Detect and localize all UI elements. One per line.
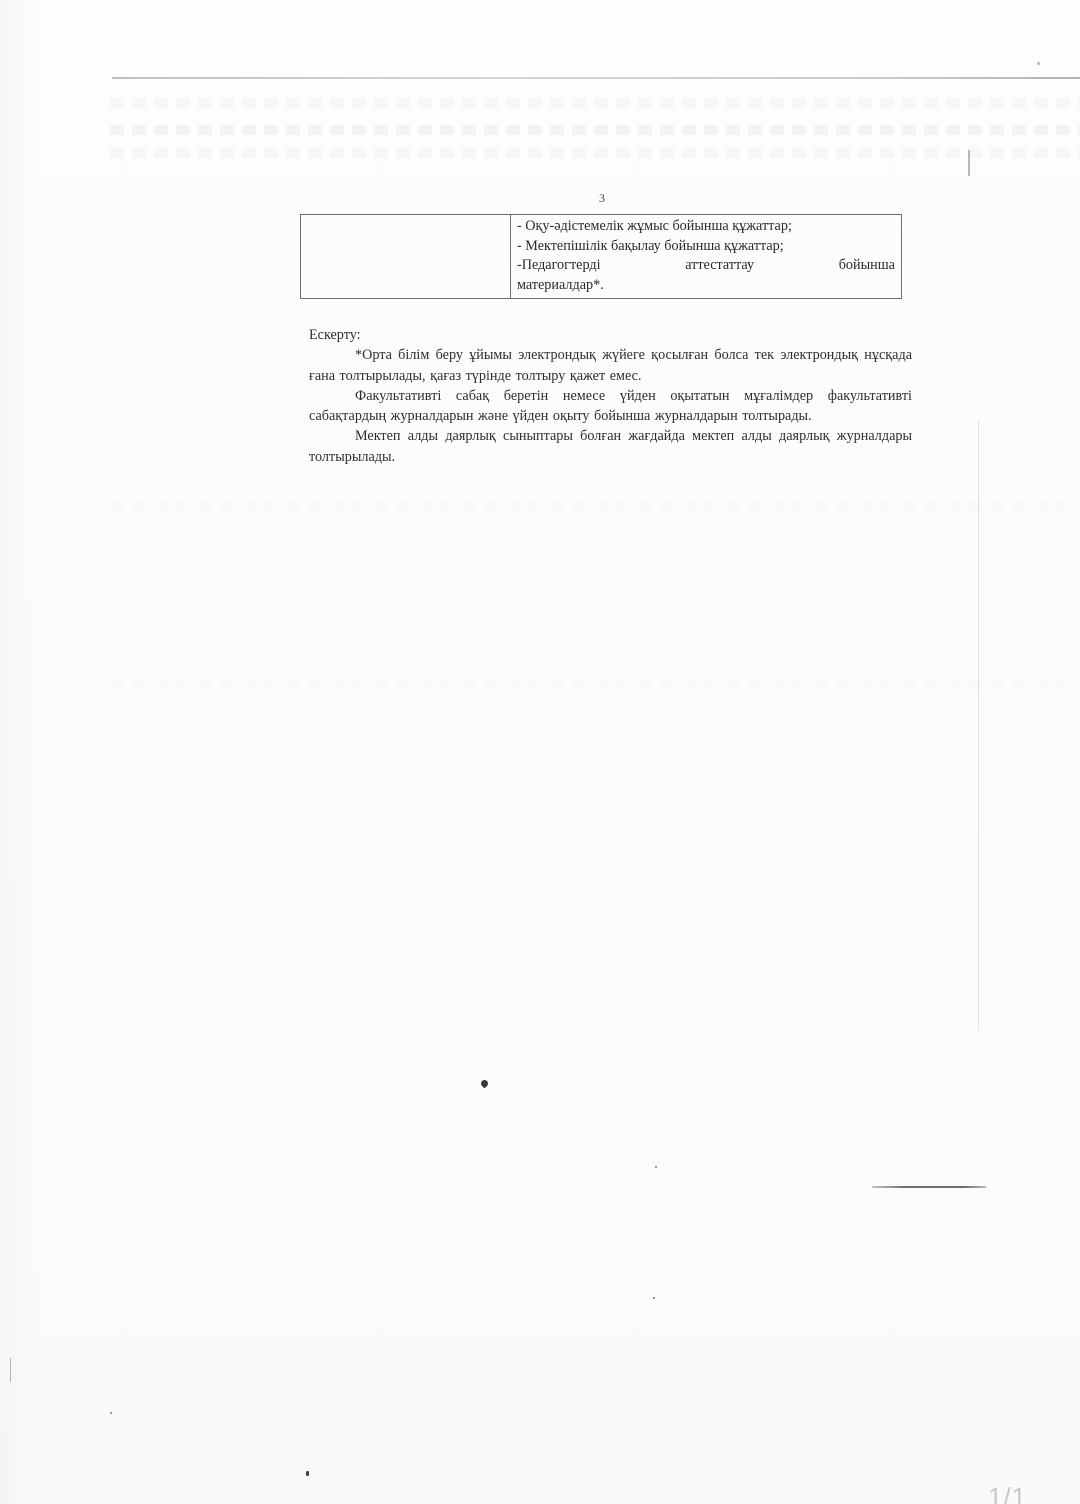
- scan-speck: [110, 1412, 112, 1414]
- table-cell-left: [301, 215, 511, 298]
- bleed-through-text: [110, 98, 1080, 108]
- scan-dot: [1037, 62, 1040, 65]
- table-word: аттестаттау: [685, 256, 754, 276]
- scan-fold-line: [978, 420, 979, 1030]
- note-paragraph: Мектеп алды даярлық сыныптары болған жағ…: [309, 426, 912, 467]
- table-cell-right: - Оқу-әдістемелік жұмыс бойынша құжаттар…: [511, 215, 901, 298]
- scan-speck: [653, 1297, 655, 1299]
- note-paragraph: *Орта білім беру ұйымы электрондық жүйег…: [309, 345, 912, 386]
- scan-mark: [968, 150, 970, 176]
- scan-stroke: [872, 1186, 986, 1188]
- table-line: -Педагогтерді аттестаттау бойынша: [517, 256, 895, 276]
- bleed-through-text: [110, 148, 1080, 158]
- bleed-through-text: [110, 125, 1080, 135]
- scan-speck: [306, 1471, 309, 1476]
- note-heading: Ескерту:: [309, 325, 912, 345]
- table-word: бойынша: [839, 256, 895, 276]
- scan-top-edge-line: [112, 77, 1080, 79]
- scan-mark: [10, 1358, 11, 1382]
- page-indicator: 1/1: [988, 1484, 1027, 1504]
- table-line: - Мектепішілік бақылау бойынша құжаттар;: [517, 237, 895, 257]
- bleed-through-text: [110, 500, 1080, 510]
- bleed-through-text: [110, 680, 1080, 690]
- table-word: -Педагогтерді: [517, 256, 601, 276]
- table-line: материалдар*.: [517, 276, 895, 296]
- note-paragraph: Факультативті сабақ беретін немесе үйден…: [309, 386, 912, 427]
- note-section: Ескерту: *Орта білім беру ұйымы электрон…: [309, 325, 912, 467]
- page-number: 3: [599, 191, 605, 206]
- document-table: - Оқу-әдістемелік жұмыс бойынша құжаттар…: [300, 214, 902, 299]
- scan-speck: [655, 1166, 657, 1168]
- table-line: - Оқу-әдістемелік жұмыс бойынша құжаттар…: [517, 217, 895, 237]
